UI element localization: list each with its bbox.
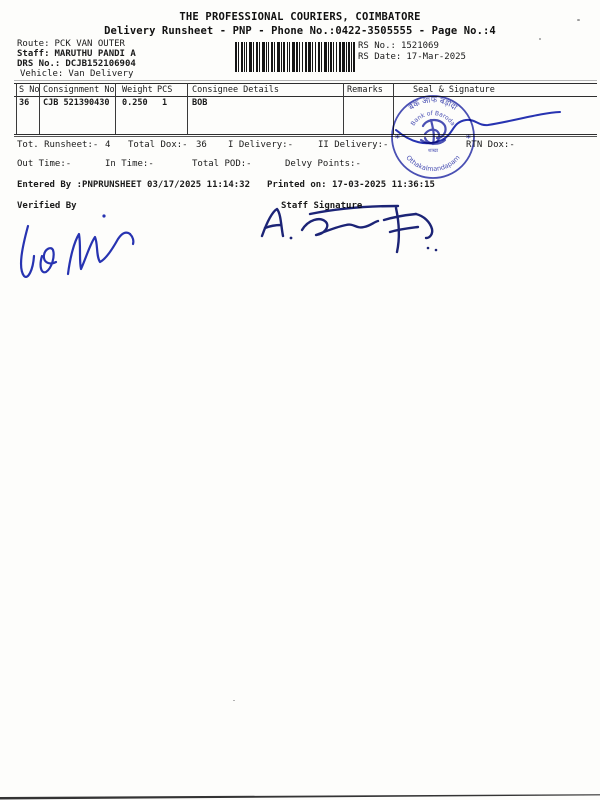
staff-label: Staff: (17, 49, 50, 59)
out-time-label: Out Time:- (17, 160, 71, 170)
row-consignment-no: CJB 521390430 (43, 99, 110, 108)
drs-label: DRS No.: (17, 59, 60, 69)
delivery-runsheet-document: THE PROFESSIONAL COURIERS, COIMBATORE De… (0, 0, 600, 800)
rs-no-label: RS No.: (358, 41, 396, 51)
ii-delivery-label: II Delivery:- (318, 141, 388, 151)
tot-runsheet-value: 4 (105, 141, 110, 151)
col-header-pcs: PCS (157, 86, 172, 95)
consignment-barcode (235, 42, 355, 72)
row-pcs: 1 (162, 99, 167, 108)
scan-speck (233, 700, 235, 701)
table-border-top (14, 83, 597, 84)
col-header-consignment-no: Consignment No (43, 86, 115, 95)
col-header-s-no: S No (19, 86, 39, 95)
entered-by-line: Entered By :PNPRUNSHEET 03/17/2025 11:14… (17, 181, 250, 191)
row-s-no: 36 (19, 99, 29, 108)
scan-speck (577, 19, 580, 21)
vehicle-label: Vehicle: (20, 69, 63, 79)
row-consignee: BOB (192, 99, 207, 108)
company-title: THE PROFESSIONAL COURIERS, COIMBATORE (0, 12, 600, 24)
total-pod-label: Total POD:- (192, 160, 252, 170)
delvy-points-label: Delvy Points:- (285, 160, 361, 170)
total-dox-value: 36 (196, 141, 207, 151)
table-vline-left (16, 83, 17, 134)
stamp-bottom-text: Othakalmandapam (404, 154, 461, 173)
in-time-label: In Time:- (105, 160, 154, 170)
total-dox-label: Total Dox:- (128, 141, 188, 151)
signature-dot (102, 214, 105, 217)
table-vline-4 (343, 83, 344, 134)
staff-signature-scribble (250, 196, 460, 264)
signature-dot (427, 247, 430, 250)
signature-dot (435, 249, 438, 252)
route-label: Route: (17, 39, 50, 49)
table-vline-3 (187, 83, 188, 134)
rs-date-label: RS Date: (358, 52, 401, 62)
staff-value: MARUTHU PANDI A (55, 49, 136, 59)
col-header-weight: Weight (122, 86, 153, 95)
rs-date-value: 17-Mar-2025 (406, 52, 466, 62)
signature-dot (290, 237, 293, 240)
vehicle-value: Van Delivery (68, 69, 133, 79)
scan-edge-line (0, 790, 600, 800)
i-delivery-label: I Delivery:- (228, 141, 293, 151)
vehicle-line: Vehicle:Van Delivery (20, 70, 133, 80)
page-subtitle: Delivery Runsheet - PNP - Phone No.:0422… (0, 26, 600, 38)
rs-no-line: RS No.:1521069 (358, 42, 439, 52)
tot-runsheet-label: Tot. Runsheet:- (17, 141, 98, 151)
col-header-consignee-details: Consignee Details (192, 86, 279, 95)
table-border-top-shadow (14, 80, 597, 81)
rs-date-line: RS Date:17-Mar-2025 (358, 53, 466, 63)
route-value: PCK VAN OUTER (55, 39, 125, 49)
verified-by-signature (12, 206, 147, 296)
col-header-remarks: Remarks (347, 86, 383, 95)
stamp-signature-stroke (388, 100, 568, 155)
rs-no-value: 1521069 (401, 41, 439, 51)
row-weight: 0.250 (122, 99, 148, 108)
svg-text:Othakalmandapam: Othakalmandapam (404, 154, 461, 173)
scan-speck (539, 38, 541, 40)
table-header-divider (14, 96, 597, 97)
table-vline-2 (115, 83, 116, 134)
drs-value: DCJB152106904 (65, 59, 135, 69)
